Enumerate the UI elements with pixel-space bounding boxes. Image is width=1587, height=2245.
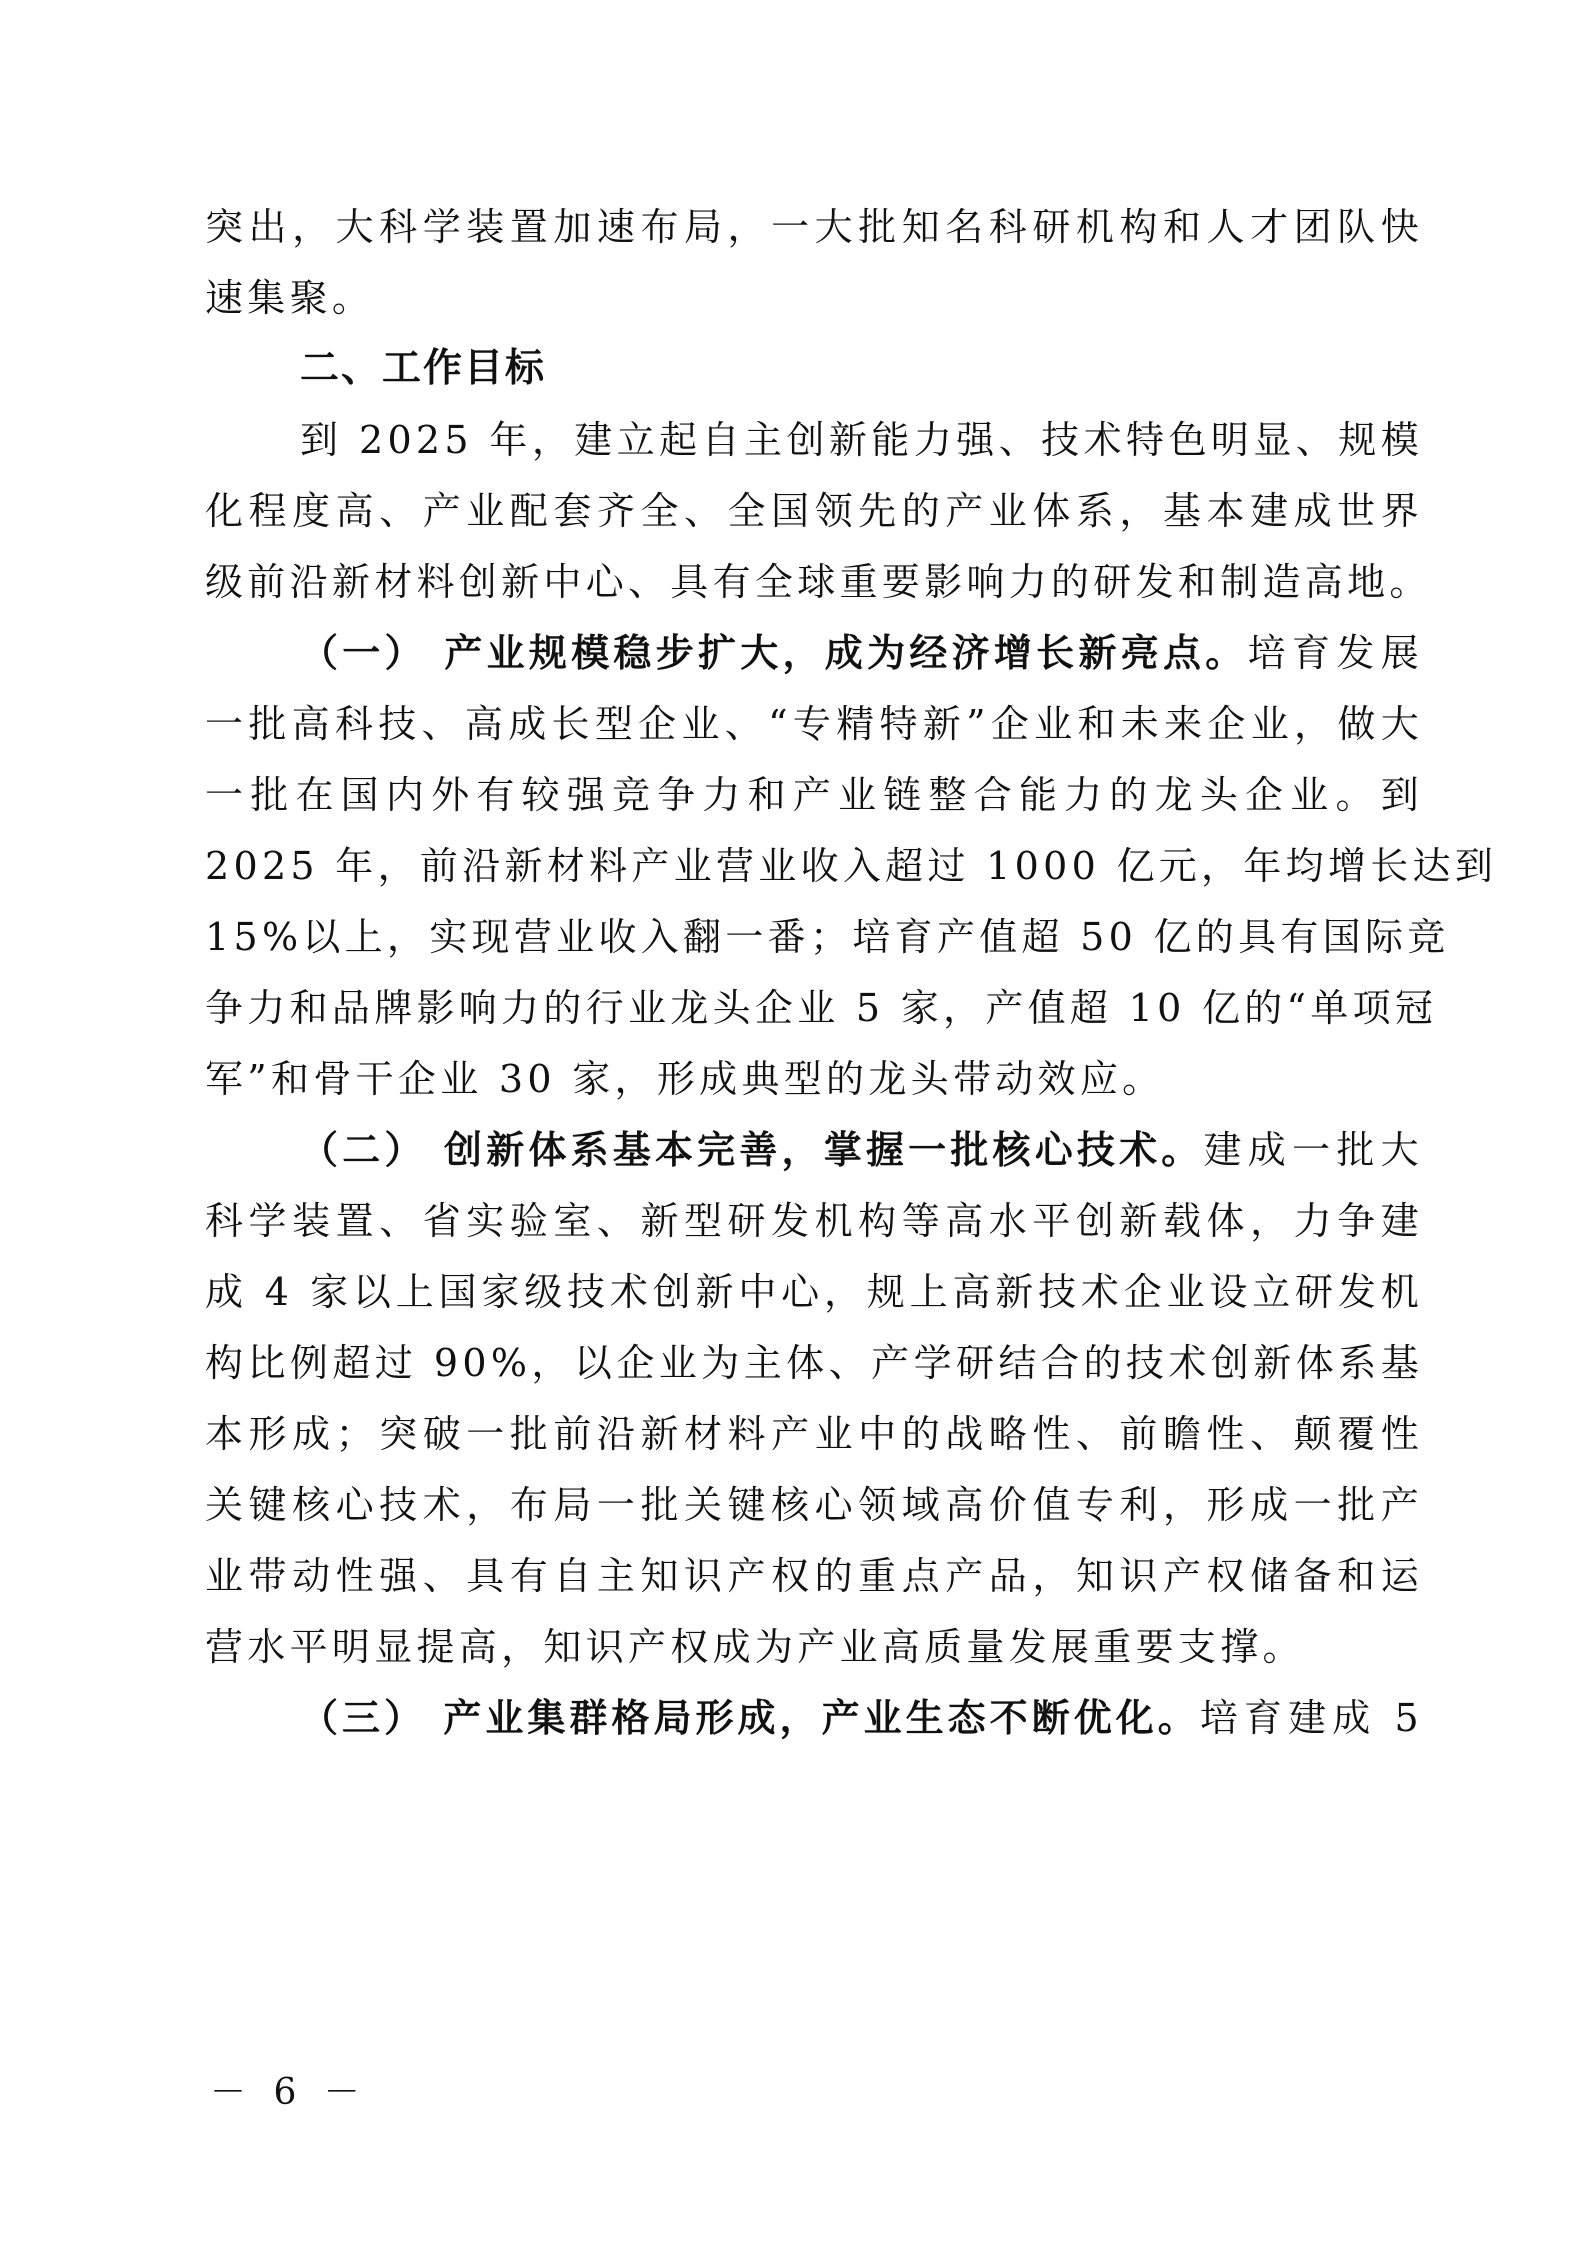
body-text-line: 本形成；突破一批前沿新材料产业中的战略性、前瞻性、颠覆性 [205, 1404, 1423, 1464]
body-text-line: 到 2025 年，建立起自主创新能力强、技术特色明显、规模 [300, 410, 1423, 470]
goal-2-first-line: （二） 创新体系基本完善，掌握一批核心技术。建成一批大 [300, 1120, 1423, 1180]
body-text-line: 2025 年，前沿新材料产业营业收入超过 1000 亿元，年均增长达到 [205, 836, 1423, 896]
section-heading: 二、工作目标 [300, 339, 1423, 399]
goal-1-title: （一） 产业规模稳步扩大，成为经济增长新亮点。 [300, 631, 1248, 675]
body-text-line: 化程度高、产业配套齐全、全国领先的产业体系，基本建成世界 [205, 481, 1423, 541]
body-text-line: 军”和骨干企业 30 家，形成典型的龙头带动效应。 [205, 1049, 1423, 1109]
body-text-line: 关键核心技术，布局一批关键核心领域高价值专利，形成一批产 [205, 1475, 1423, 1535]
goal-2-text: 建成一批大 [1204, 1128, 1423, 1172]
body-text-line: 速集聚。 [205, 268, 1423, 328]
goal-3-text: 培育建成 5 [1200, 1696, 1423, 1740]
body-text-line: 争力和品牌影响力的行业龙头企业 5 家，产值超 10 亿的“单项冠 [205, 978, 1423, 1038]
document-page: 突出，大科学装置加速布局，一大批知名科研机构和人才团队快 速集聚。 二、工作目标… [0, 0, 1587, 2245]
body-text-line: 一批在国内外有较强竞争力和产业链整合能力的龙头企业。到 [205, 765, 1423, 825]
body-text-line: 构比例超过 90%，以企业为主体、产学研结合的技术创新体系基 [205, 1333, 1423, 1393]
goal-3-first-line: （三） 产业集群格局形成，产业生态不断优化。培育建成 5 [300, 1688, 1423, 1748]
body-text-line: 一批高科技、高成长型企业、“专精特新”企业和未来企业，做大 [205, 694, 1423, 754]
body-text-line: 营水平明显提高，知识产权成为产业高质量发展重要支撑。 [205, 1617, 1423, 1677]
body-text-line: 15%以上，实现营业收入翻一番；培育产值超 50 亿的具有国际竞 [205, 907, 1423, 967]
body-text-line: 级前沿新材料创新中心、具有全球重要影响力的研发和制造高地。 [205, 552, 1423, 612]
body-text-line: 成 4 家以上国家级技术创新中心，规上高新技术企业设立研发机 [205, 1262, 1423, 1322]
goal-1-first-line: （一） 产业规模稳步扩大，成为经济增长新亮点。培育发展 [300, 623, 1423, 683]
page-number: － 6 － [210, 2068, 368, 2118]
goal-3-title: （三） 产业集群格局形成，产业生态不断优化。 [300, 1696, 1200, 1740]
goal-1-text: 培育发展 [1248, 631, 1423, 675]
body-text-line: 科学装置、省实验室、新型研发机构等高水平创新载体，力争建 [205, 1191, 1423, 1251]
body-text-line: 突出，大科学装置加速布局，一大批知名科研机构和人才团队快 [205, 197, 1423, 257]
goal-2-title: （二） 创新体系基本完善，掌握一批核心技术。 [300, 1128, 1204, 1172]
body-text-line: 业带动性强、具有自主知识产权的重点产品，知识产权储备和运 [205, 1546, 1423, 1606]
